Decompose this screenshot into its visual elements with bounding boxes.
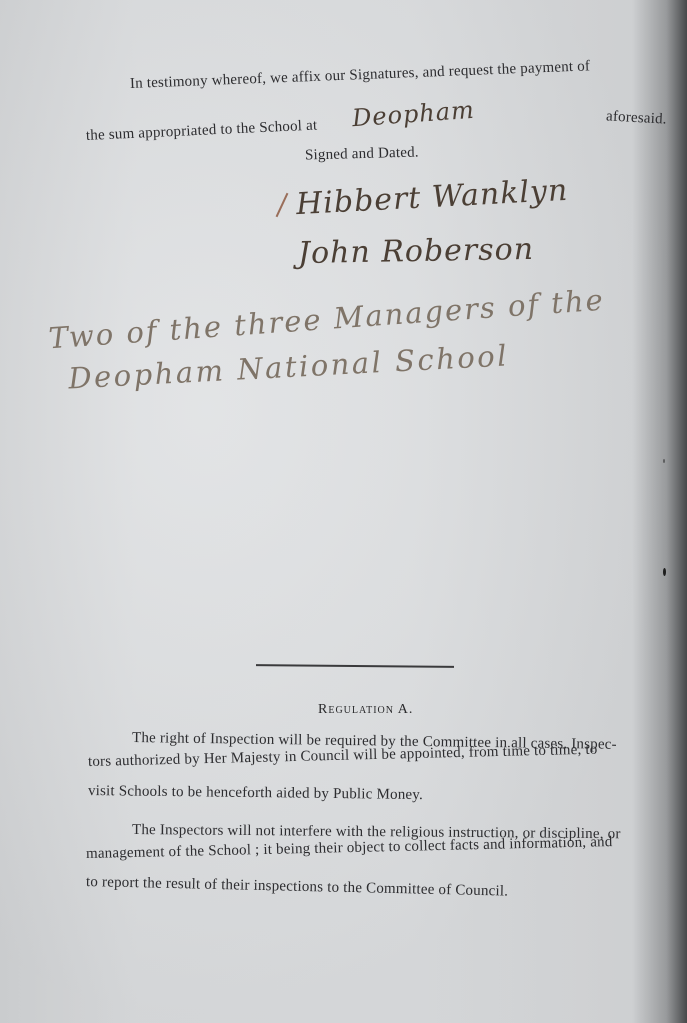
handwritten-place-name: Deopham [351,96,475,132]
check-mark-icon [276,193,289,217]
regulation-para-2-line-3: to report the result of their inspection… [86,874,509,901]
ink-speck [663,568,666,576]
testimony-line-1: In testimony whereof, we affix our Signa… [130,58,591,93]
section-divider [256,664,454,668]
regulation-para-1-line-3: visit Schools to be henceforth aided by … [88,783,423,804]
signature-1: Hibbert Wanklyn [295,173,569,222]
testimony-line-2-prefix: the sum appropriated to the School at [86,118,318,145]
ink-speck [663,459,665,463]
signed-and-dated-label: Signed and Dated. [305,145,419,165]
handwritten-note-line-1: Two of the three Managers of the [47,283,605,356]
signature-2: John Roberson [298,232,535,271]
testimony-line-2-suffix: aforesaid. [606,108,668,128]
regulation-heading: Regulation A. [318,702,413,718]
